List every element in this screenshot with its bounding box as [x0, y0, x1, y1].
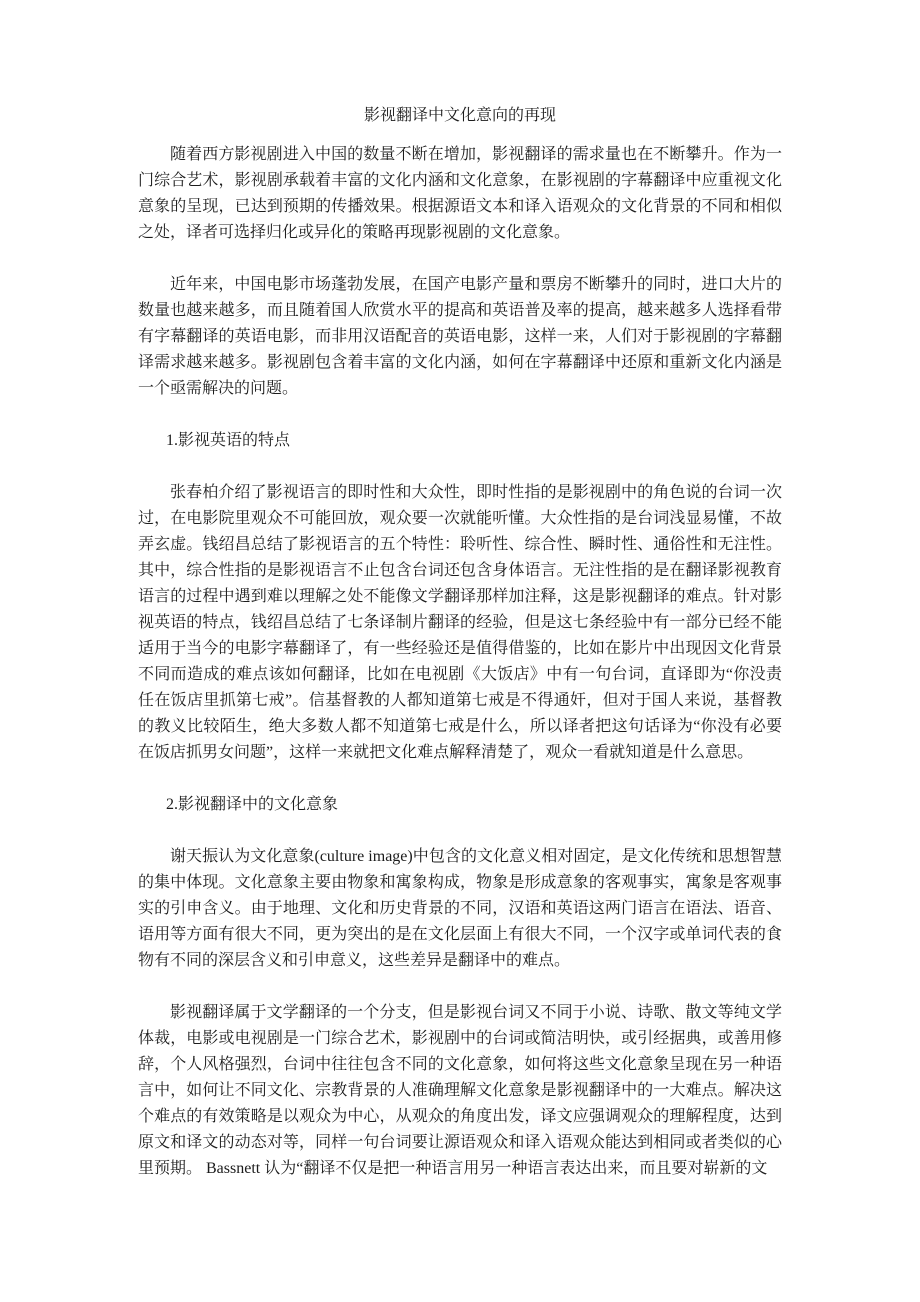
paragraph-section2-body: 谢天振认为文化意象(culture image)中包含的文化意义相对固定，是文化… — [138, 844, 782, 974]
document-title: 影视翻译中文化意向的再现 — [138, 103, 782, 129]
section-heading-2: 2.影视翻译中的文化意象 — [138, 792, 782, 818]
section-heading-1: 1.影视英语的特点 — [138, 428, 782, 454]
paragraph-background: 近年来，中国电影市场蓬勃发展，在国产电影产量和票房不断攀升的同时，进口大片的数量… — [138, 272, 782, 402]
document-page: 影视翻译中文化意向的再现 随着西方影视剧进入中国的数量不断在增加，影视翻译的需求… — [0, 0, 920, 1302]
paragraph-intro: 随着西方影视剧进入中国的数量不断在增加，影视翻译的需求量也在不断攀升。作为一门综… — [138, 142, 782, 246]
paragraph-section1-body: 张春柏介绍了影视语言的即时性和大众性，即时性指的是影视剧中的角色说的台词一次过，… — [138, 480, 782, 766]
paragraph-section2-continued: 影视翻译属于文学翻译的一个分支，但是影视台词又不同于小说、诗歌、散文等纯文学体裁… — [138, 1000, 782, 1182]
